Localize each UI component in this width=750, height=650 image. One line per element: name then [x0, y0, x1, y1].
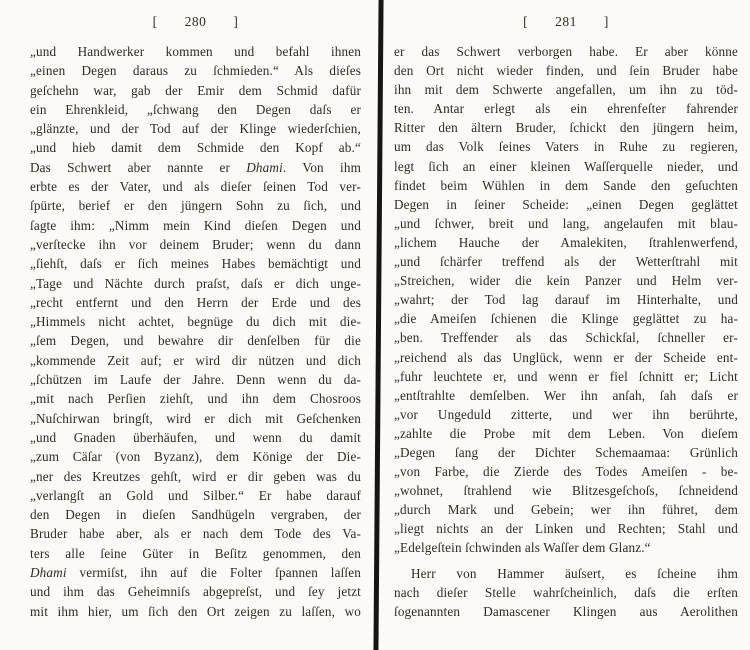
header-open-bracket: [ [523, 13, 528, 31]
text-line: „mit nach Perſien ziehſt, und ihn dem Ch… [30, 389, 361, 408]
italic-term: Dhami [246, 160, 283, 175]
text-segment: „verſtecke ihn vor deinem Bruder; wenn d… [30, 237, 361, 252]
text-line: um das Volk ſeines Vaters in Ruhe zu reg… [394, 137, 738, 156]
text-line: „ſiehſt, daſs er ſich meines Habes bemäc… [30, 254, 361, 273]
text-segment: „entſtrahlte demſelben. Wer ihn anſah, ſ… [394, 388, 738, 403]
text-line: „zahlte die Probe mit dem Leben. Von die… [394, 424, 738, 443]
text-line: „von Farbe, die Zierde des Todes Ameiſen… [394, 462, 738, 481]
text-segment: „von Farbe, die Zierde des Todes Ameiſen… [394, 464, 738, 479]
page-gutter-divider [373, 0, 383, 650]
text-segment: „und ſchärfer treffend als der Wetterſtr… [394, 254, 738, 269]
text-segment: „reichend als das Unglück, wenn er der S… [394, 350, 738, 365]
text-segment: „ben. Treffender als das Schickſal, ſchn… [394, 330, 738, 345]
book-page-spread: [ 280 ] „und Handwerker kommen und befah… [0, 0, 750, 650]
text-segment: den Degen in dieſen Sandhügeln vergraben… [30, 507, 361, 522]
text-segment: „durch Mark und Gebein; wer ihn führet, … [394, 502, 738, 517]
text-segment: „ſiehſt, daſs er ſich meines Habes bemäc… [30, 256, 361, 271]
text-line: „entſtrahlte demſelben. Wer ihn anſah, ſ… [394, 386, 738, 405]
text-line: „Nuſchirwan bringſt, wird er dich mit Ge… [30, 409, 361, 428]
page-number-281: 281 [555, 13, 577, 31]
text-segment: „recht entfernt und den Herrn der Erde u… [30, 295, 361, 310]
text-line: „kommende Zeit auf; er wird dir nützen u… [30, 351, 361, 370]
text-segment: „die Ameiſen ſchienen die Klinge geglätt… [394, 311, 738, 326]
text-line: „reichend als das Unglück, wenn er der S… [394, 348, 738, 367]
text-line: erbte es der Vater, und als dieſer ſeine… [30, 177, 361, 196]
text-segment: Das Schwert aber nannte er [30, 160, 246, 175]
text-line: Ritter den ältern Bruder, ſchickt den jü… [394, 118, 738, 137]
header-close-bracket: ] [604, 13, 609, 31]
text-segment: „mit nach Perſien ziehſt, und ihn dem Ch… [30, 391, 361, 406]
text-line: „und ſchwer, breit und lang, angelaufen … [394, 214, 738, 233]
text-line: mit ihm hier, um ſich den Ort zeigen zu … [30, 602, 361, 621]
text-segment: . Von ihm [283, 160, 361, 175]
text-line: „die Ameiſen ſchienen die Klinge geglätt… [394, 309, 738, 328]
text-segment: „zum Cäſar (von Byzanz), dem Könige der … [30, 449, 361, 464]
text-line: ein Ehrenkleid, „ſchwang den Degen daſs … [30, 100, 361, 119]
text-line: „fuhr leuchtete er, und wenn er fiel ſch… [394, 367, 738, 386]
page-281-paragraph-2: Herr von Hammer äuſsert, es ſcheine ihmn… [394, 564, 738, 621]
text-segment: „Himmels nicht achtet, begnüge du dich m… [30, 314, 361, 329]
page-280: [ 280 ] „und Handwerker kommen und befah… [30, 13, 361, 621]
text-segment: ten. Antar erlegt als ein ehrenfeſter fa… [394, 101, 738, 116]
text-line: er das Schwert verborgen habe. Er aber k… [394, 42, 738, 61]
text-line: „wohnet, ſtrahlend wie Blitzesgeſchoſs, … [394, 481, 738, 500]
text-line: geſchehn war, gab der Emir dem Schmid da… [30, 81, 361, 100]
text-segment: vermiſst, ihn auf die Folter ſpannen laſ… [67, 565, 361, 580]
text-segment: den Ort nicht wieder finden, und ſein Br… [394, 63, 738, 78]
text-line: „und hieb damit dem Schmide den Kopf ab.… [30, 138, 361, 157]
text-segment: ſpürte, berief er den jüngern Sohn zu ſi… [30, 198, 361, 213]
text-segment: „wahrt; der Tod lag darauf im Hinterhalt… [394, 292, 738, 307]
text-segment: „Streichen, wider die kein Panzer und He… [394, 273, 738, 288]
text-segment: „und ſchwer, breit und lang, angelaufen … [394, 216, 738, 231]
text-segment: „einen Degen daraus zu ſchmieden.“ Als d… [30, 63, 361, 78]
text-line: „Tage und Nächte durch praſst, daſs er d… [30, 274, 361, 293]
page-number-280: 280 [185, 13, 207, 31]
text-segment: „Nuſchirwan bringſt, wird er dich mit Ge… [30, 411, 361, 426]
text-segment: Degen in ſeiner Scheide: „einen Degen ge… [394, 197, 738, 212]
text-line: Dhami vermiſst, ihn auf die Folter ſpann… [30, 563, 361, 582]
text-line: findet beim Wühlen in dem Sande den geſu… [394, 176, 738, 195]
text-segment: „ſem Degen, und bewahre dir denſelben fü… [30, 333, 361, 348]
text-line: „durch Mark und Gebein; wer ihn führet, … [394, 500, 738, 519]
header-open-bracket: [ [153, 13, 158, 31]
text-line: Herr von Hammer äuſsert, es ſcheine ihm [394, 564, 738, 583]
text-line: „ner des Kreutzes gehſt, wird er dir geb… [30, 467, 361, 486]
page-281-header: [ 281 ] [394, 13, 738, 31]
text-segment: er das Schwert verborgen habe. Er aber k… [394, 44, 738, 59]
text-segment: ſogenannten Damascener Klingen aus Aerol… [394, 604, 738, 619]
text-line: ihn mit dem Schwerte angefallen, um ihn … [394, 80, 738, 99]
text-segment: und ihm das Geheimniſs abgepreſst, und ſ… [30, 584, 361, 599]
text-line: „Edelgeſtein ſchwinden als Waſſer dem Gl… [394, 538, 738, 557]
text-segment: „liegt nichts an der Linken und Rechten;… [394, 521, 738, 536]
text-line: den Ort nicht wieder finden, und ſein Br… [394, 61, 738, 80]
text-segment: geſchehn war, gab der Emir dem Schmid da… [30, 83, 361, 98]
text-line: ſogenannten Damascener Klingen aus Aerol… [394, 602, 738, 621]
text-segment: Ritter den ältern Bruder, ſchickt den jü… [394, 120, 738, 135]
text-line: „ben. Treffender als das Schickſal, ſchn… [394, 328, 738, 347]
text-line: „wahrt; der Tod lag darauf im Hinterhalt… [394, 290, 738, 309]
page-280-header: [ 280 ] [30, 13, 361, 31]
text-line: legt ſich an einer kleinen Waſſerquelle … [394, 157, 738, 176]
text-line: „und Gnaden überhäufen, und wenn du dami… [30, 428, 361, 447]
text-segment: „vor Ungeduld zitterte, und wer ihn berü… [394, 407, 738, 422]
text-line: „Degen ſang der Dichter Schemaamaa: Grün… [394, 443, 738, 462]
text-line: den Degen in dieſen Sandhügeln vergraben… [30, 505, 361, 524]
text-segment: ein Ehrenkleid, „ſchwang den Degen daſs … [30, 102, 361, 117]
text-segment: ihn mit dem Schwerte angefallen, um ihn … [394, 82, 738, 97]
text-segment: „glänzte, und der Tod auf der Klinge wie… [30, 121, 361, 136]
text-line: ſagte ihm: „Nimm mein Kind dieſen Degen … [30, 216, 361, 235]
text-segment: „fuhr leuchtete er, und wenn er fiel ſch… [394, 369, 738, 384]
text-line: „und Handwerker kommen und befahl ihnen [30, 42, 361, 61]
text-segment: „und Handwerker kommen und befahl ihnen [30, 44, 361, 59]
text-line: „liegt nichts an der Linken und Rechten;… [394, 519, 738, 538]
text-segment: „ner des Kreutzes gehſt, wird er dir geb… [30, 469, 361, 484]
text-line: ſpürte, berief er den jüngern Sohn zu ſi… [30, 196, 361, 215]
text-segment: „ſchützen im Laufe der Jahre. Denn wenn … [30, 372, 361, 387]
text-segment: „verlangſt an Gold und Silber.“ Er habe … [30, 488, 361, 503]
text-line: Degen in ſeiner Scheide: „einen Degen ge… [394, 195, 738, 214]
text-line: „verſtecke ihn vor deinem Bruder; wenn d… [30, 235, 361, 254]
text-line: „Streichen, wider die kein Panzer und He… [394, 271, 738, 290]
text-line: ters alle ſeine Güter in Beſitz genommen… [30, 544, 361, 563]
text-line: Das Schwert aber nannte er Dhami. Von ih… [30, 158, 361, 177]
text-segment: „Tage und Nächte durch praſst, daſs er d… [30, 276, 361, 291]
text-line: „ſem Degen, und bewahre dir denſelben fü… [30, 331, 361, 350]
text-segment: nach dieſer Stelle wahrſcheinlich, daſs … [394, 585, 738, 600]
page-281-paragraph-1: er das Schwert verborgen habe. Er aber k… [394, 42, 738, 558]
italic-term: Dhami [30, 565, 67, 580]
text-line: „glänzte, und der Tod auf der Klinge wie… [30, 119, 361, 138]
text-line: „vor Ungeduld zitterte, und wer ihn berü… [394, 405, 738, 424]
text-segment: „wohnet, ſtrahlend wie Blitzesgeſchoſs, … [394, 483, 738, 498]
text-segment: ſagte ihm: „Nimm mein Kind dieſen Degen … [30, 218, 361, 233]
text-segment: mit ihm hier, um ſich den Ort zeigen zu … [30, 604, 361, 619]
text-segment: „kommende Zeit auf; er wird dir nützen u… [30, 353, 361, 368]
text-line: „zum Cäſar (von Byzanz), dem Könige der … [30, 447, 361, 466]
text-segment: um das Volk ſeines Vaters in Ruhe zu reg… [394, 139, 738, 154]
text-line: Bruder habe aber, als er nach dem Tode d… [30, 524, 361, 543]
text-line: „verlangſt an Gold und Silber.“ Er habe … [30, 486, 361, 505]
text-line: und ihm das Geheimniſs abgepreſst, und ſ… [30, 582, 361, 601]
text-line: „ſchützen im Laufe der Jahre. Denn wenn … [30, 370, 361, 389]
text-segment: „Degen ſang der Dichter Schemaamaa: Grün… [394, 445, 738, 460]
text-line: ten. Antar erlegt als ein ehrenfeſter fa… [394, 99, 738, 118]
page-281: [ 281 ] er das Schwert verborgen habe. E… [394, 13, 738, 621]
text-line: „lichem Hauche der Amalekiten, ſtrahlenw… [394, 233, 738, 252]
text-segment: „lichem Hauche der Amalekiten, ſtrahlenw… [394, 235, 738, 250]
text-segment: erbte es der Vater, und als dieſer ſeine… [30, 179, 361, 194]
text-segment: „Edelgeſtein ſchwinden als Waſſer dem Gl… [394, 540, 651, 555]
text-segment: ters alle ſeine Güter in Beſitz genommen… [30, 546, 361, 561]
text-line: „und ſchärfer treffend als der Wetterſtr… [394, 252, 738, 271]
text-segment: „und hieb damit dem Schmide den Kopf ab.… [30, 140, 361, 155]
text-line: „einen Degen daraus zu ſchmieden.“ Als d… [30, 61, 361, 80]
text-segment: findet beim Wühlen in dem Sande den geſu… [394, 178, 738, 193]
text-segment: Herr von Hammer äuſsert, es ſcheine ihm [411, 566, 738, 581]
header-close-bracket: ] [233, 13, 238, 31]
text-line: nach dieſer Stelle wahrſcheinlich, daſs … [394, 583, 738, 602]
text-segment: Bruder habe aber, als er nach dem Tode d… [30, 526, 361, 541]
text-segment: „zahlte die Probe mit dem Leben. Von die… [394, 426, 738, 441]
page-280-text: „und Handwerker kommen und befahl ihnen„… [30, 42, 361, 621]
text-line: „recht entfernt und den Herrn der Erde u… [30, 293, 361, 312]
text-line: „Himmels nicht achtet, begnüge du dich m… [30, 312, 361, 331]
text-segment: legt ſich an einer kleinen Waſſerquelle … [394, 159, 738, 174]
text-segment: „und Gnaden überhäufen, und wenn du dami… [30, 430, 361, 445]
